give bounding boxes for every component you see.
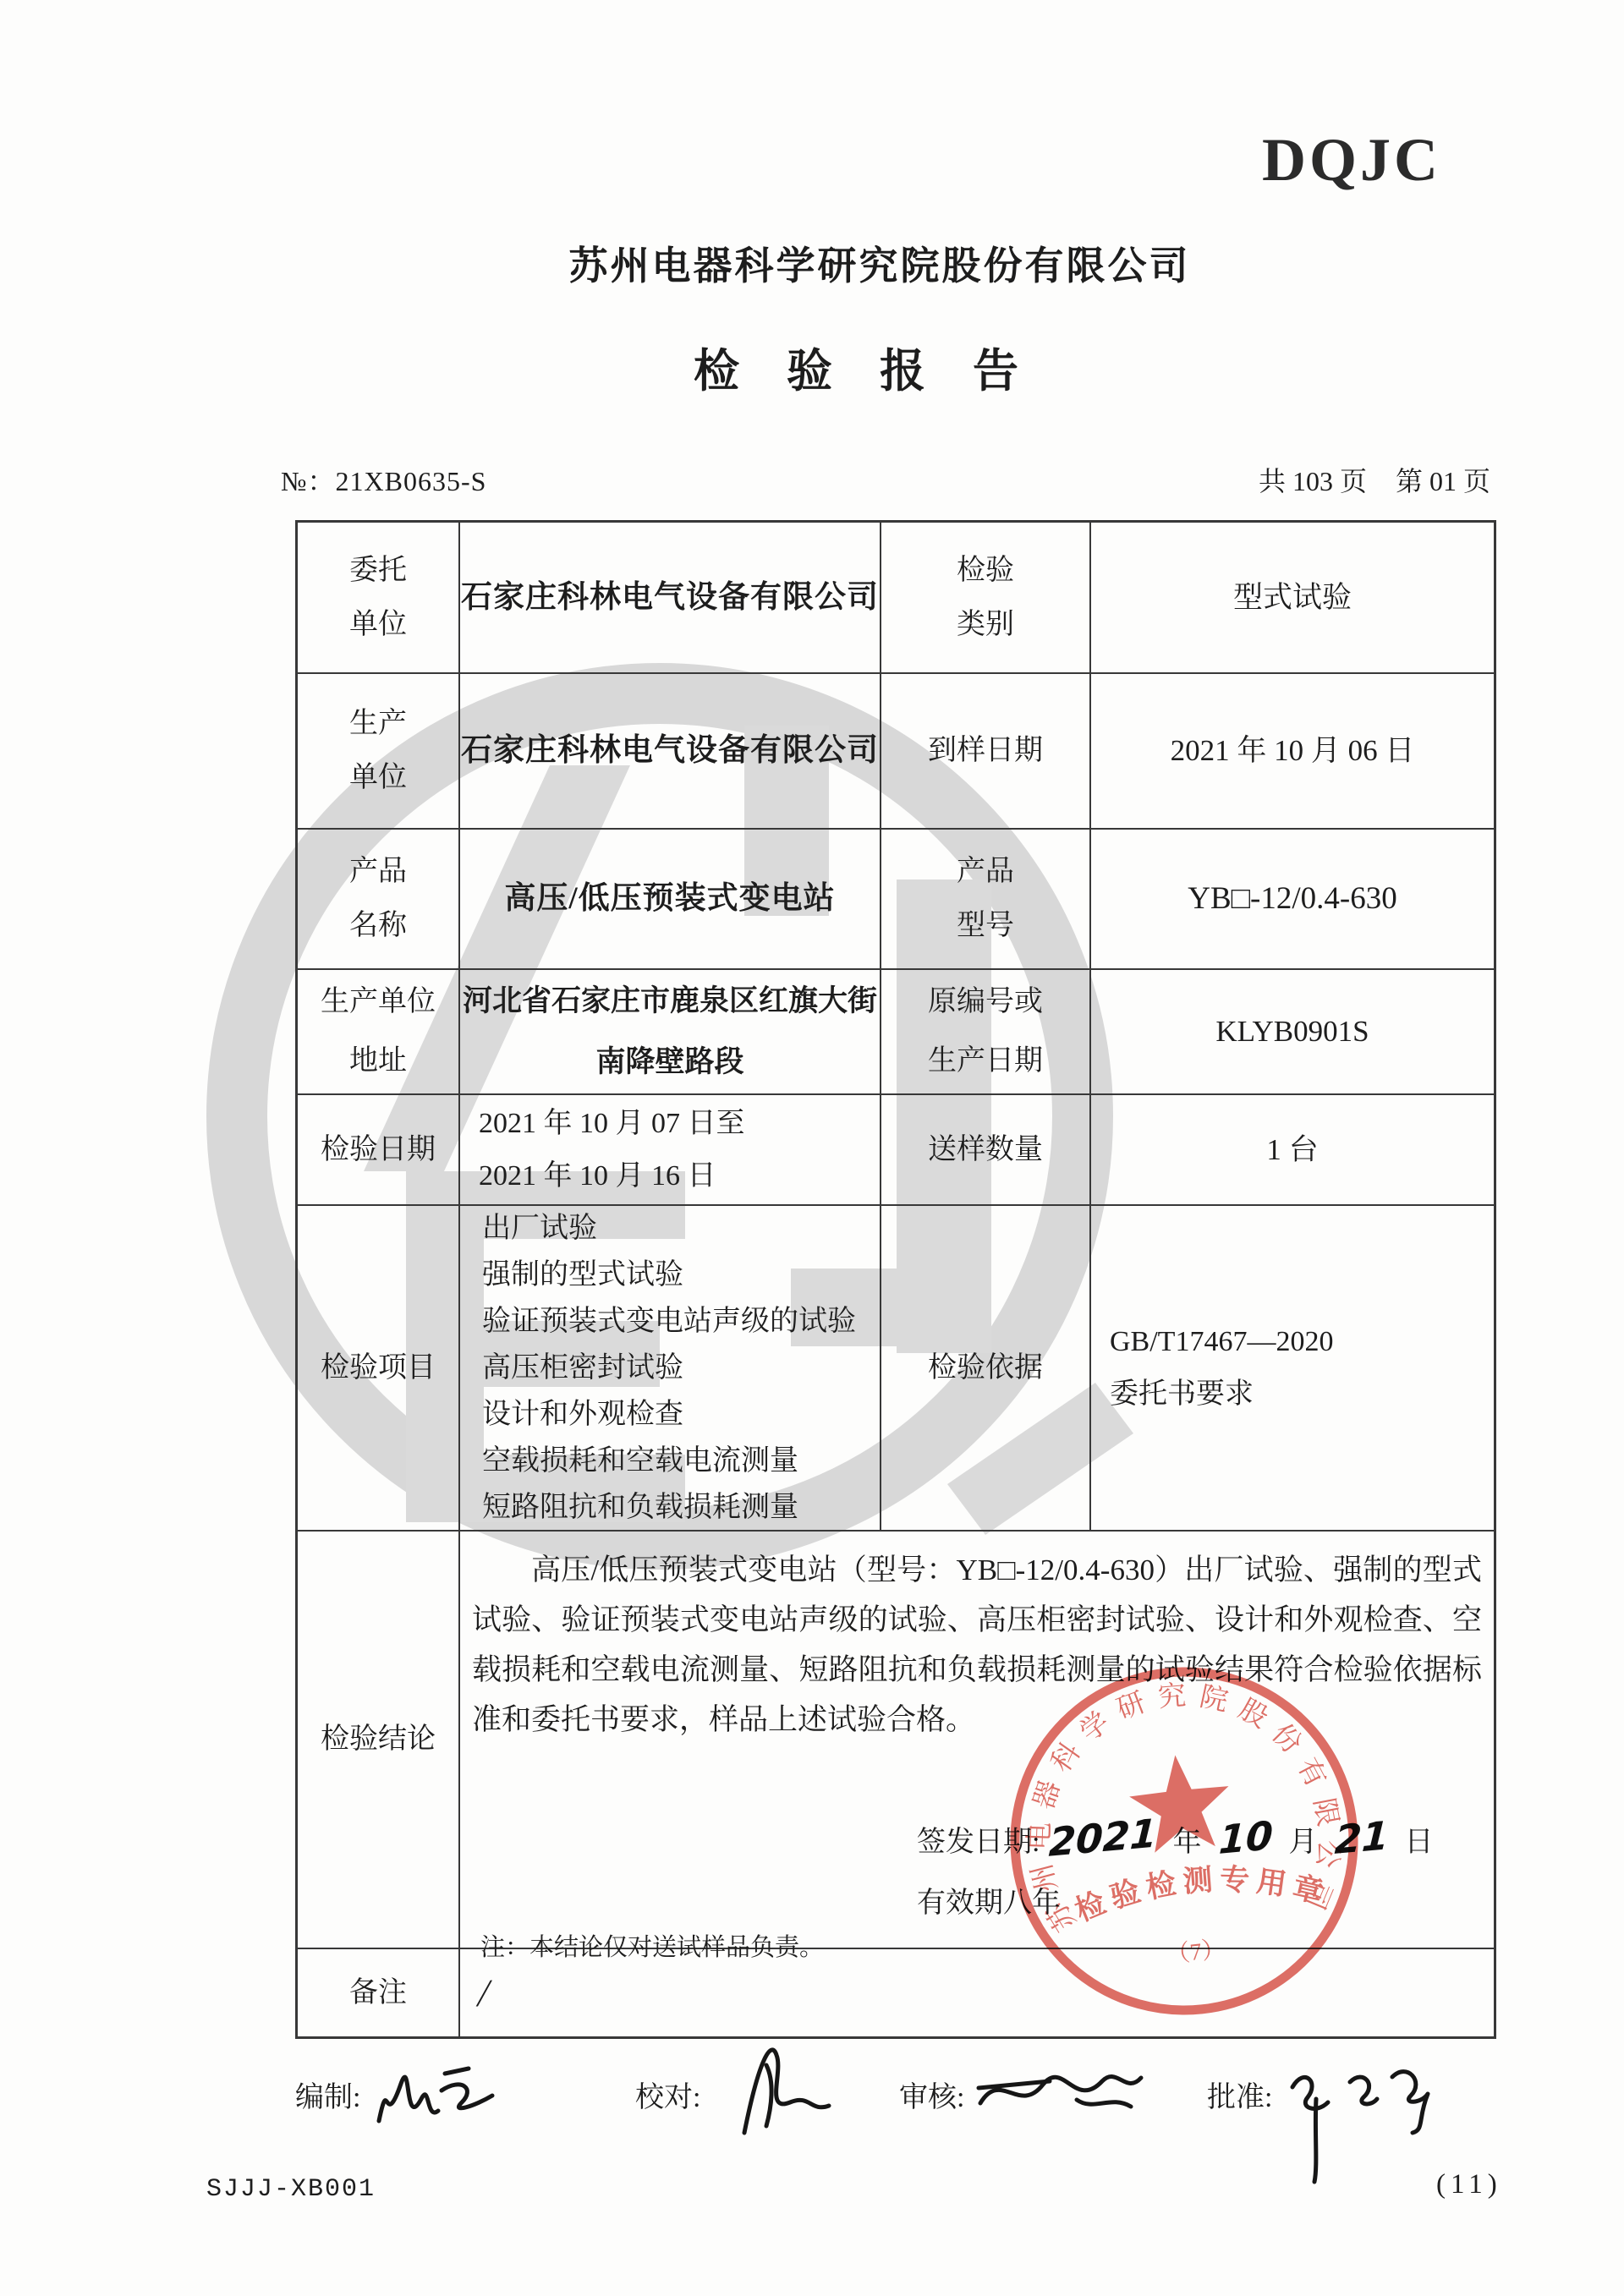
test-item: 设计和外观检查 <box>482 1391 683 1438</box>
sample-qty-label: 送样数量 <box>881 1095 1091 1206</box>
report-page: DQJC 苏州电器科学研究院股份有限公司 检验报告 №：21XB0635-S 共… <box>0 0 1624 2296</box>
prepared-label: 编制: <box>295 2082 360 2113</box>
test-item: 出厂试验 <box>482 1205 597 1252</box>
test-basis-label: 检验依据 <box>881 1206 1091 1532</box>
day-unit: 日 <box>1405 1827 1434 1858</box>
product-name-value: 高压/低压预装式变电站 <box>460 830 881 970</box>
page-counter: 共 103 页 第 01 页 <box>1210 460 1490 499</box>
test-date-value: 2021 年 10 月 07 日至 2021 年 10 月 16 日 <box>460 1095 881 1206</box>
test-items-label: 检验项目 <box>298 1206 460 1532</box>
test-basis-value: GB/T17467—2020 委托书要求 <box>1091 1206 1494 1532</box>
product-model-value: YB□-12/0.4-630 <box>1091 830 1494 970</box>
official-seal-stamp: 苏州电器科学研究院股份有限公司 检验检测专用章 （7） <box>985 1641 1385 2041</box>
signoff-checked: 校对: <box>635 2074 700 2115</box>
lab-logo-text: DQJC <box>1262 125 1441 195</box>
remark-label: 备注 <box>298 1949 460 2036</box>
stamp-label: 检验检测专用章 <box>1068 1851 1330 1936</box>
test-category-value: 型式试验 <box>1091 523 1494 674</box>
report-number: №：21XB0635-S <box>281 460 486 499</box>
consignor-value: 石家庄科林电气设备有限公司 <box>460 523 881 674</box>
product-model-label: 产品 型号 <box>881 830 1091 970</box>
form-number: SJJJ-XB001 <box>206 2175 376 2204</box>
approved-label: 批准: <box>1207 2082 1272 2113</box>
total-pages: 共 103 页 <box>1259 460 1367 499</box>
test-item: 高压柜密封试验 <box>482 1345 683 1391</box>
sample-qty-value: 1 台 <box>1091 1095 1494 1206</box>
signature-checked <box>716 2031 842 2141</box>
checked-label: 校对: <box>635 2082 700 2113</box>
signoff-approved: 批准: <box>1207 2074 1272 2115</box>
star-icon <box>1126 1750 1235 1855</box>
original-no-label: 原编号或 生产日期 <box>881 970 1091 1095</box>
product-name-label: 产品 名称 <box>298 830 460 970</box>
report-title: 检验报告 <box>694 335 1167 400</box>
consignor-label: 委托 单位 <box>298 523 460 674</box>
signature-approved <box>1279 2048 1448 2192</box>
current-page: 第 01 页 <box>1396 460 1490 499</box>
stamp-number: （7） <box>1165 1936 1226 1969</box>
sample-date-value: 2021 年 10 月 06 日 <box>1091 674 1494 830</box>
remark-slash: / <box>473 1966 495 2020</box>
signoff-prepared: 编制: <box>295 2074 360 2115</box>
test-items-list: 出厂试验强制的型式试验验证预装式变电站声级的试验高压柜密封试验设计和外观检查空载… <box>460 1206 881 1532</box>
signature-prepared <box>367 2040 511 2141</box>
test-category-label: 检验 类别 <box>881 523 1091 674</box>
signoff-reviewed: 审核: <box>899 2074 964 2115</box>
manufacturer-label: 生产 单位 <box>298 674 460 830</box>
signature-reviewed <box>975 2044 1144 2129</box>
reviewed-label: 审核: <box>899 2082 964 2113</box>
manufacturer-value: 石家庄科林电气设备有限公司 <box>460 674 881 830</box>
manufacturer-address-value: 河北省石家庄市鹿泉区红旗大街 南降壁路段 <box>460 970 881 1095</box>
sample-date-label: 到样日期 <box>881 674 1091 830</box>
test-item: 强制的型式试验 <box>482 1252 683 1298</box>
test-item: 验证预装式变电站声级的试验 <box>482 1298 856 1345</box>
manufacturer-address-label: 生产单位 地址 <box>298 970 460 1095</box>
svg-text:检验检测专用章: 检验检测专用章 <box>1068 1851 1330 1936</box>
test-date-label: 检验日期 <box>298 1095 460 1206</box>
conclusion-label: 检验结论 <box>298 1532 460 1949</box>
original-no-value: KLYB0901S <box>1091 970 1494 1095</box>
test-item: 空载损耗和空载电流测量 <box>482 1438 798 1484</box>
company-name: 苏州电器科学研究院股份有限公司 <box>541 235 1218 291</box>
test-item: 短路阻抗和负载损耗测量 <box>482 1484 798 1531</box>
